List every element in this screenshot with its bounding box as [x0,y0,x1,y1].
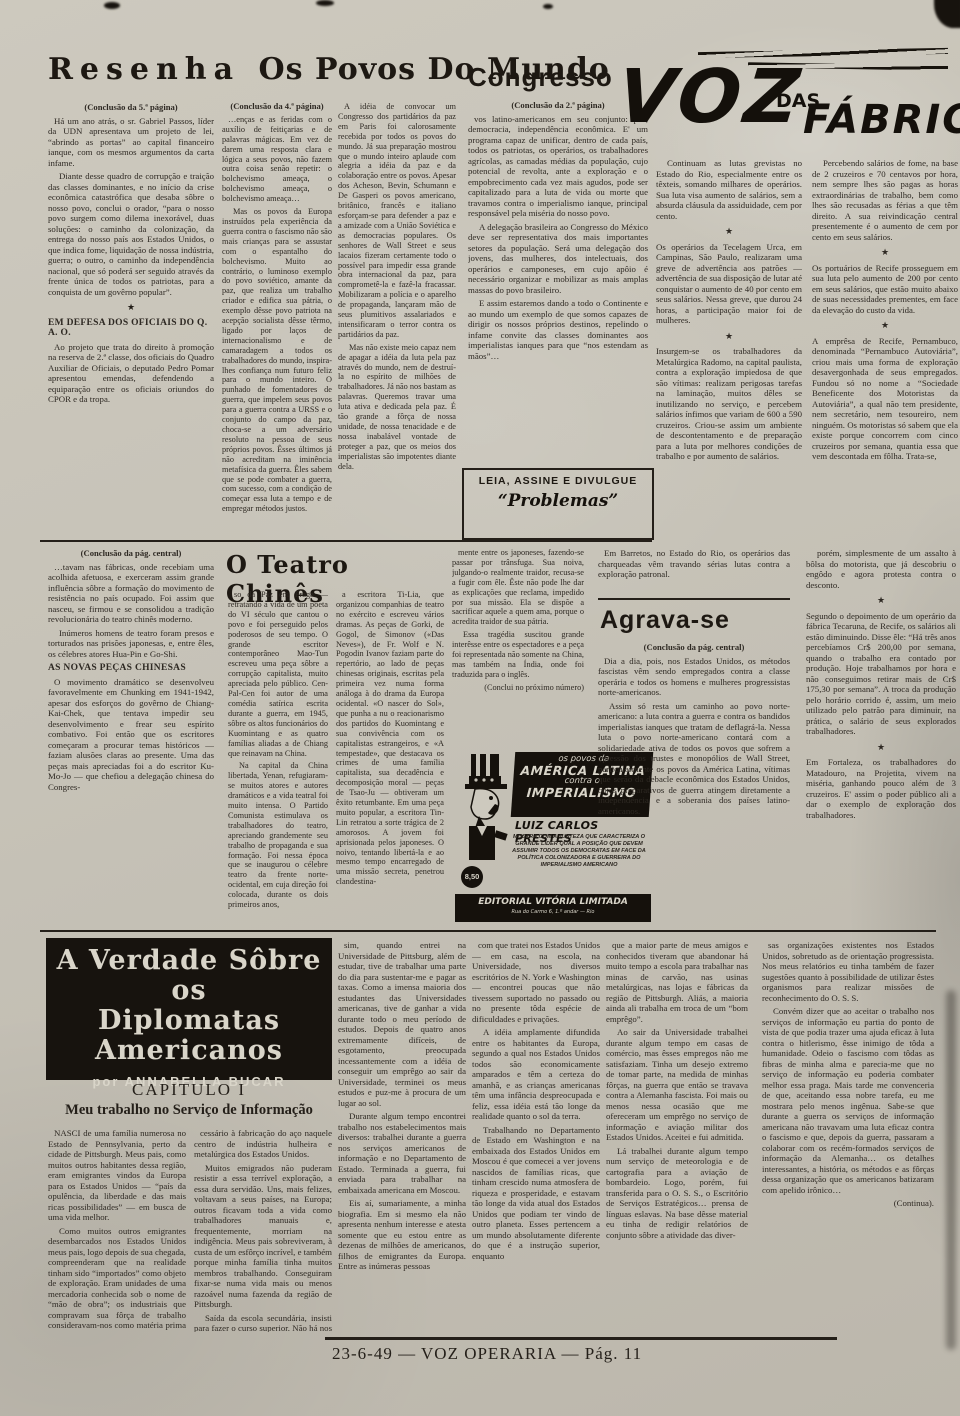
paragraph: Lá trabalhei durante algum tempo num ser… [606,1146,748,1241]
agrava-column: (Conclusão da pág. central) Dia a dia, p… [598,642,790,928]
resenha-col3-text: A idéia de convocar um Congresso dos par… [338,102,456,472]
paragraph: Mas os povos da Europa instruídos pela e… [222,207,332,514]
continuation-note: (Conclusão da pág. central) [48,548,214,559]
paragraph: Muitos emigrados não puderam resistir a … [194,1163,332,1310]
bucar-col1-text: NASCI de uma família numerosa no Estado … [48,1128,186,1332]
fabricas-continuation-column: porém, simplesmente de um assalto à bôls… [806,548,956,928]
newspaper-page: Resenha Os Povos Do Mundo (Conclusão da … [0,0,960,1416]
paragraph: A idéia de convocar um Congresso dos par… [338,102,456,340]
teatro-cont-text2: O movimento dramático se desenvolveu fav… [48,677,214,793]
bucar-col6-text: sas organizações existentes nos Estados … [762,940,934,1195]
teatro-col2-text: a escritora Ti-Lia, que organizou compan… [336,590,444,887]
resenha-column-3: A idéia de convocar um Congresso dos par… [338,102,456,538]
bucar-col5-text: que a maior parte de meus amigos e conhe… [606,940,748,1240]
rule-divider [40,540,652,542]
resenha-col1-text2: Ao projeto que trata do direito à promoç… [48,342,214,405]
page-footer: 23-6-49 — VOZ OPERARIA — Pág. 11 [332,1344,642,1364]
resenha-headline-word1: Resenha [48,52,240,87]
paragraph: A idéia amplamente difundida entre os ha… [472,1027,600,1122]
paragraph: Inúmeros homens de teatro foram presos e… [48,628,214,660]
paragraph: A delegação brasileira ao Congresso do M… [468,222,648,296]
ink-smudge [104,2,120,9]
paragraph: Continuam as lutas grevistas no Estado d… [656,158,802,221]
teatro-column-2: a escritora Ti-Lia, que organizou compan… [336,590,444,928]
paragraph: Mas não existe meio capaz nem de apagar … [338,343,456,472]
paragraph: …tavam nas fábricas, onde recebiam uma a… [48,562,214,625]
continuation-note: (Conclusão da 4.ª página) [222,102,332,112]
bucar-col4-text: com que tratei nos Estados Unidos — em c… [472,940,600,1261]
paragraph: NASCI de uma família numerosa no Estado … [48,1128,186,1223]
bucar-column-1: NASCI de uma família numerosa no Estado … [48,1128,186,1332]
paragraph: Assim só resta um caminho ao povo norte-… [598,701,790,817]
voz-das-fabricas-logo: VOZ DAS FÁBRICAS [618,42,958,154]
agrava-headline: Agrava-se [600,606,792,635]
star-divider-icon [48,302,214,313]
promo-line: LEIA, ASSINE E DIVULGUE [466,475,650,487]
voz-left-items: Continuam as lutas grevistas no Estado d… [656,158,802,462]
resenha-column-1: (Conclusão da 5.ª página) Há um ano atrá… [48,102,214,538]
ink-smudge [543,4,553,9]
banner-title-line1: A Verdade Sôbre os [46,946,332,1006]
continua-note: (Continua). [762,1198,934,1209]
teatro-col3-text: mente entre os japoneses, fazendo-se pas… [452,548,584,680]
chapter-subtitle: Meu trabalho no Serviço de Informação [46,1102,332,1119]
rule-divider [598,598,790,600]
resenha-col2-text: …enças e as feridas com o auxílio de fei… [222,115,332,514]
teatro-conclui-note: (Conclui no próximo número) [452,683,584,693]
teatro-column-1: so da Paz em Praga — retratando a vida d… [228,590,328,928]
logo-word-fabricas: FÁBRICAS [803,100,960,140]
resenha-headline: Resenha Os Povos Do Mundo [48,52,478,87]
paragraph: Na capital da China libertada, Yenan, re… [228,761,328,910]
paragraph: com que tratei nos Estados Unidos — em c… [472,940,600,1024]
paragraph: E assim estaremos dando a todo o Contine… [468,298,648,361]
chapter-heading: CAPITULO I [46,1080,332,1100]
paragraph: sim, quando entrei na Universidade de Pi… [338,940,466,1108]
congresso-column: (Conclusão da 2.ª página) vos latino-ame… [468,100,648,462]
paragraph: sas organizações existentes nos Estados … [762,940,934,1003]
paragraph: Ao sair da Universidade trabalhei durant… [606,1027,748,1143]
paragraph: porém, simplesmente de um assalto à bôls… [806,548,956,590]
paragraph: Há um ano atrás, o sr. Gabriel Passos, l… [48,116,214,169]
voz-left-column: Continuam as lutas grevistas no Estado d… [656,158,802,540]
resenha-column-2: (Conclusão da 4.ª página) …enças e as fe… [222,102,332,538]
paragraph: que a maior parte de meus amigos e conhe… [606,940,748,1024]
diplomatas-banner: A Verdade Sôbre os Diplomatas Americanos… [46,938,332,1080]
voz-right-items: Percebendo salários de fome, na base de … [812,158,958,462]
paragraph: Essa tragédia suscitou grande interêsse … [452,630,584,680]
bucar-column-5: que a maior parte de meus amigos e conhe… [606,940,748,1332]
paragraph: Diante desse quadro de corrupção e traiç… [48,171,214,297]
section-subhead: EM DEFESA DOS OFICIAIS DO Q. A. O. [48,318,214,339]
teatro-cont-text: …tavam nas fábricas, onde recebiam uma a… [48,562,214,660]
ink-smudge [934,0,960,28]
fabricas-cont-items: porém, simplesmente de um assalto à bôls… [806,548,956,820]
bucar-col2-text: cessário à fabricação do aço naquele cen… [194,1128,332,1332]
bucar-column-2: cessário à fabricação do aço naquele cen… [194,1128,332,1332]
ad-price-badge: 8,50 [461,866,483,888]
bucar-column-6: sas organizações existentes nos Estados … [762,940,934,1340]
paragraph: Percebendo salários de fome, na base de … [812,158,958,242]
paragraph: …enças e as feridas com o auxílio de fei… [222,115,332,204]
bucar-column-4: com que tratei nos Estados Unidos — em c… [472,940,600,1330]
promo-title: “Problemas” [466,491,650,511]
paragraph: Os portuários de Recife prosseguem em su… [812,247,958,315]
bucar-column-3: sim, quando entrei na Universidade de Pi… [338,940,466,1330]
uncle-sam-cartoon [455,752,513,864]
teatro-column-3: mente entre os japoneses, fazendo-se pas… [452,548,584,740]
agrava-text: Dia a dia, pois, nos Estados Unidos, os … [598,656,790,817]
ink-smudge [946,990,956,1350]
paragraph: Trabalhando no Departamento de Estado em… [472,1125,600,1262]
teatro-col1-text: so da Paz em Praga — retratando a vida d… [228,590,328,910]
paragraph: Ao projeto que trata do direito à promoç… [48,342,214,405]
paragraph: a escritora Ti-Lia, que organizou compan… [336,590,444,887]
rule-divider [40,930,936,932]
paragraph: mente entre os japoneses, fazendo-se pas… [452,548,584,627]
paragraph: O movimento dramático se desenvolveu fav… [48,677,214,793]
paragraph: Insurgem-se os trabalhadores da Metalúrg… [656,331,802,462]
section-subhead: AS NOVAS PEÇAS CHINESAS [48,663,214,674]
rule-divider [325,1337,837,1340]
banner-title-line2: Diplomatas Americanos [46,1006,332,1066]
bucar-col3-text: sim, quando entrei na Universidade de Pi… [338,940,466,1272]
paragraph: Saída da escola secundária, insisti para… [194,1313,332,1333]
resenha-col1-text: Há um ano atrás, o sr. Gabriel Passos, l… [48,116,214,298]
paragraph: Como muitos outros emigrantes desembarca… [48,1226,186,1333]
teatro-continuation-column: (Conclusão da pág. central) …tavam nas f… [48,548,214,928]
paragraph: A emprêsa de Recife, Pernambuco, denomin… [812,320,958,462]
ink-smudge [316,0,334,6]
paragraph: so da Paz em Praga — retratando a vida d… [228,590,328,758]
paragraph: Durante algum tempo encontrei trabalho n… [338,1111,466,1195]
paragraph: Os operários da Tecelagem Urca, em Campi… [656,226,802,326]
voz-right-column: Percebendo salários de fome, na base de … [812,158,958,540]
continuation-note: (Conclusão da 5.ª página) [48,102,214,113]
paragraph: Em Barretos, no Estado do Rio, os operár… [598,548,790,580]
paragraph: Eis aí, sumariamente, a minha biografia.… [338,1198,466,1272]
paragraph: Dia a dia, pois, nos Estados Unidos, os … [598,656,790,698]
paragraph: Em Fortaleza, os trabalhadores do Matado… [806,742,956,821]
problemas-promo-box: LEIA, ASSINE E DIVULGUE “Problemas” [462,468,654,540]
continuation-note: (Conclusão da pág. central) [598,642,790,653]
paragraph: Segundo o depoimento de um operário da f… [806,595,956,737]
paragraph: cessário à fabricação do aço naquele cen… [194,1128,332,1160]
paragraph: Convém dizer que ao aceitar o trabalho n… [762,1006,934,1195]
barretos-brief: Em Barretos, no Estado do Rio, os operár… [598,548,790,596]
